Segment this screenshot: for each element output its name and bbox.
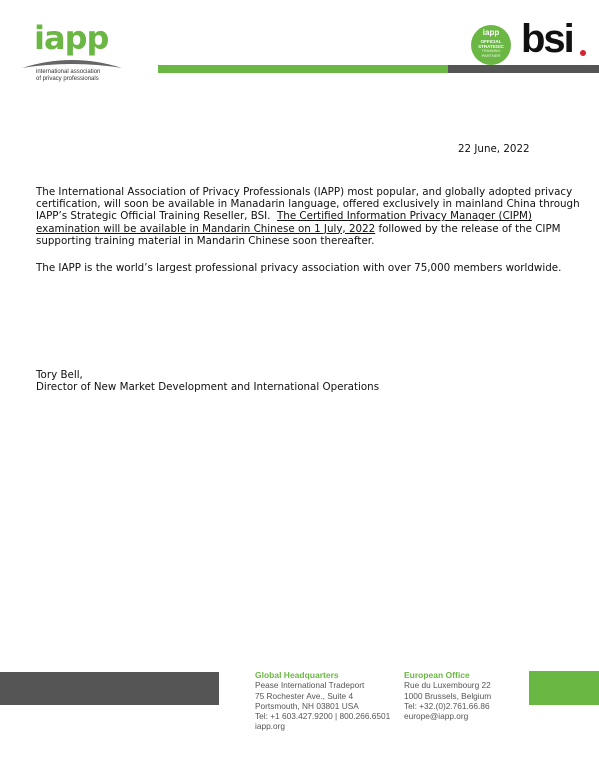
header-green-bar [158,65,448,73]
bsi-logo-dot-icon [580,50,586,56]
iapp-logo-wordmark: iapp [34,22,108,54]
paragraph-1-line-2: certification, will soon be available in… [36,198,566,210]
eu-address-line-2: 1000 Brussels, Belgium [404,691,491,701]
footer-global-headquarters: Global Headquarters Pease International … [255,670,390,732]
official-training-partner-badge: iapp OFFICIAL STRATEGIC TRAINING PARTNER [471,25,511,65]
cipm-announcement-underlined-2: examination will be available in Mandari… [36,223,375,235]
iapp-tagline-line1: international association [36,69,100,76]
signature-title: Director of New Market Development and I… [36,381,379,393]
footer-green-bar [529,671,599,705]
signature-name: Tory Bell, [36,369,83,381]
eu-phone: Tel: +32.(0)2.761.66.86 [404,701,491,711]
eu-heading: European Office [404,670,491,680]
paragraph-1-line-3: IAPP’s Strategic Official Training Resel… [36,210,566,222]
paragraph-1-line-4: examination will be available in Mandari… [36,223,566,235]
hq-address-line-1: Pease International Tradeport [255,680,390,690]
badge-partner-text: PARTNER [471,54,511,59]
header-gray-bar [448,65,599,73]
hq-address-line-2: 75 Rochester Ave., Suite 4 [255,691,390,701]
letter-paragraph-1: The International Association of Privacy… [36,186,566,247]
line-3-plain: IAPP’s Strategic Official Training Resel… [36,210,277,222]
footer-gray-bar [0,672,219,705]
footer-european-office: European Office Rue du Luxembourg 22 100… [404,670,491,721]
line-4-plain: followed by the release of the CIPM [375,223,560,235]
hq-website-link[interactable]: iapp.org [255,721,390,731]
iapp-logo-swoosh-icon [20,56,124,70]
paragraph-1-line-1: The International Association of Privacy… [36,186,566,198]
letter-date: 22 June, 2022 [458,143,530,155]
bsi-logo: bsi [521,16,573,62]
badge-iapp-text: iapp [471,29,511,37]
hq-address-line-3: Portsmouth, NH 03801 USA [255,701,390,711]
eu-address-line-1: Rue du Luxembourg 22 [404,680,491,690]
hq-heading: Global Headquarters [255,670,390,680]
letter-paragraph-2: The IAPP is the world’s largest professi… [36,262,576,274]
hq-phone: Tel: +1 603.427.9200 | 800.266.6501 [255,711,390,721]
eu-email-link[interactable]: europe@iapp.org [404,711,491,721]
paragraph-1-line-5: supporting training material in Mandarin… [36,235,566,247]
iapp-tagline-line2: of privacy professionals [36,76,99,83]
cipm-announcement-underlined-1: The Certified Information Privacy Manage… [277,210,532,222]
